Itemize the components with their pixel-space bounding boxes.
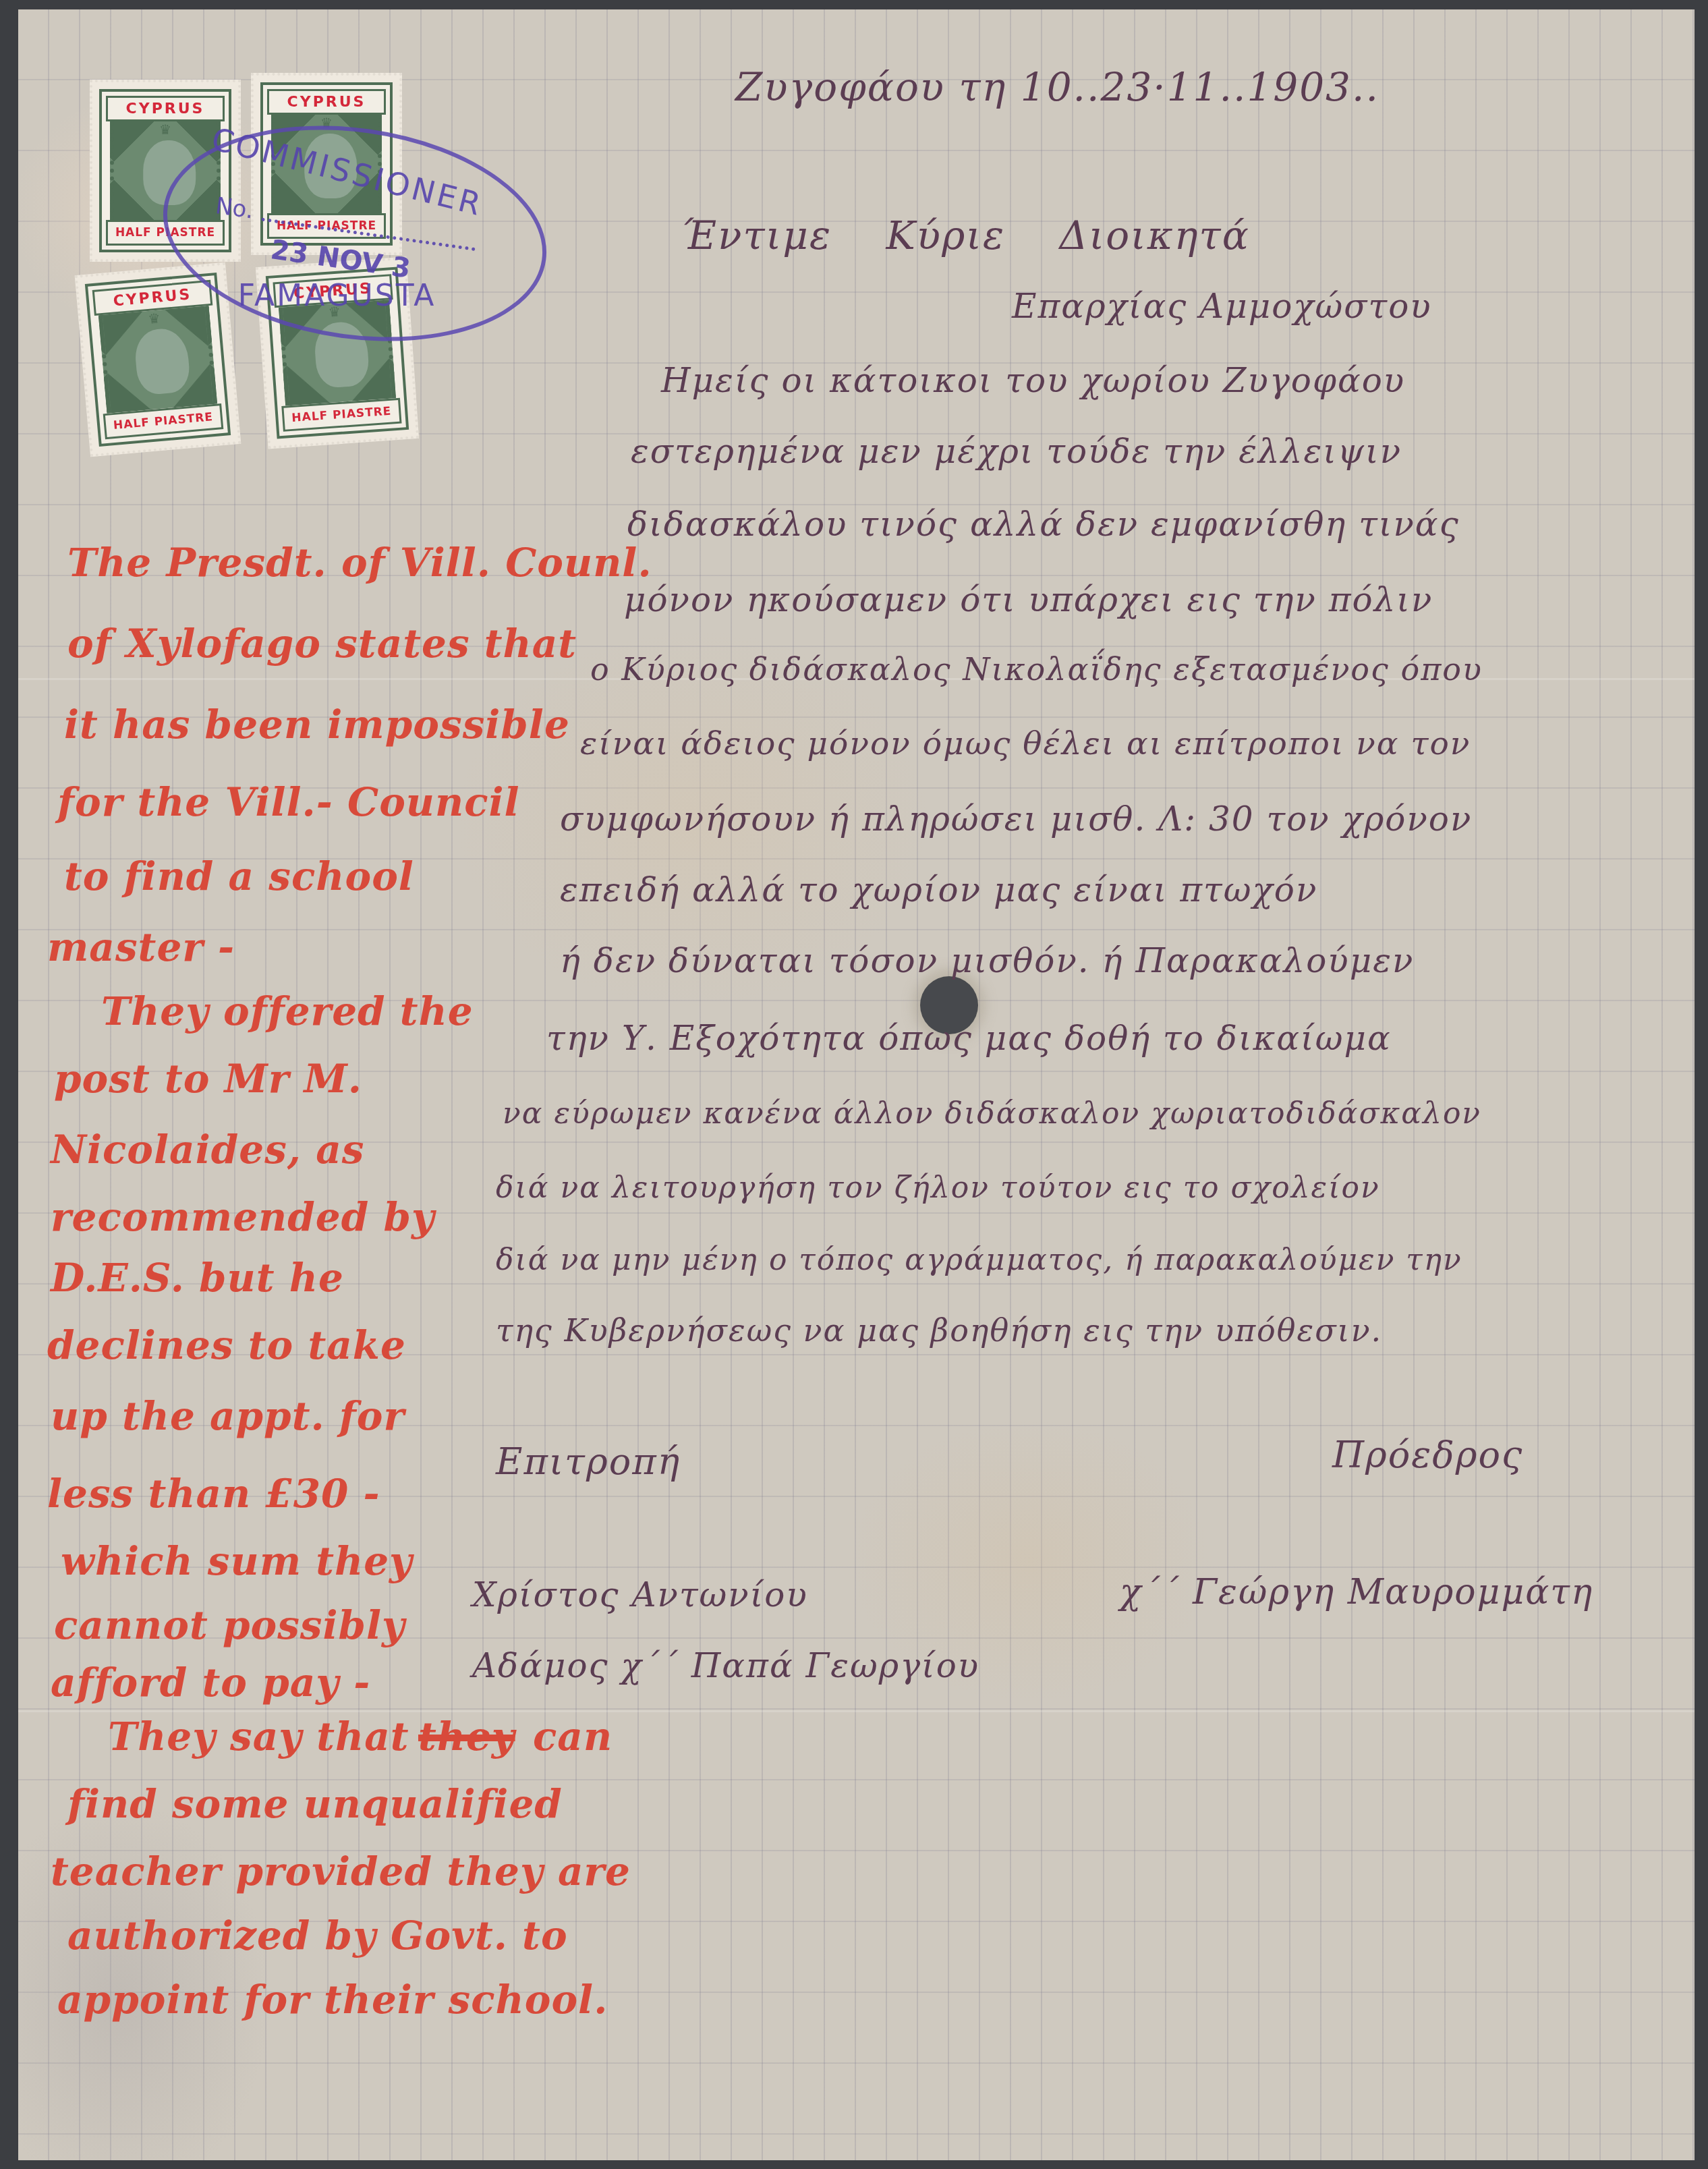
annotation-line: cannot possibly: [54, 1602, 405, 1648]
letter-salutation-line2: Επαρχίας Αμμοχώστου: [1012, 287, 1432, 326]
annotation-line: which sum they: [61, 1538, 413, 1584]
annotation-line: less than £30 -: [47, 1471, 380, 1517]
annotation-line: master -: [47, 924, 235, 970]
letter-body-line: διά να μην μένη ο τόπος αγράμματος, ή πα…: [496, 1243, 1462, 1277]
letter-body-line: να εύρωμεν κανένα άλλον διδάσκαλον χωρια…: [503, 1096, 1481, 1131]
paper-fold-line: [18, 1710, 1695, 1712]
stamp-country: CYPRUS: [267, 89, 386, 115]
letter-body-line: εστερημένα μεν μέχρι τούδε την έλλειψιν: [631, 432, 1402, 471]
president-label: Πρόεδρος: [1332, 1434, 1523, 1476]
postmark-date: 23 NOV 3: [268, 234, 412, 285]
annotation-line: authorized by Govt. to: [67, 1913, 568, 1959]
annotation-line: They offered the: [101, 988, 474, 1034]
annotation-line: of Xylofago states that: [67, 621, 577, 667]
annotation-line: can: [533, 1714, 613, 1759]
annotation-line: The Presdt. of Vill. Counl.: [67, 540, 652, 586]
letter-body-line: μόνον ηκούσαμεν ότι υπάρχει εις την πόλι…: [624, 580, 1433, 619]
stamp-country: CYPRUS: [106, 96, 225, 121]
committee-member-signature: Χρίστος Αντωνίου: [472, 1575, 808, 1614]
letter-body-line: συμφωνήσουν ή πληρώσει μισθ. Λ: 30 τον χ…: [560, 799, 1472, 839]
annotation-line: it has been impossible: [64, 702, 570, 748]
annotation-line: afford to pay -: [51, 1660, 370, 1706]
annotation-line: to find a school: [64, 853, 414, 899]
annotation-struck-word: they: [418, 1714, 515, 1759]
letter-body-line: της Κυβερνήσεως να μας βοηθήση εις την υ…: [496, 1312, 1382, 1349]
letter-body-line: είναι άδειος μόνον όμως θέλει αι επίτροπ…: [580, 725, 1471, 762]
crown-icon: ♛: [148, 311, 161, 325]
annotation-line: appoint for their school.: [57, 1977, 608, 2023]
annotation-line: They say that: [108, 1714, 409, 1759]
committee-member-signature: Αδάμος χ΄΄ Παπά Γεωργίου: [472, 1646, 979, 1685]
letter-salutation: Έντιμε Κύριε Διοικητά: [681, 213, 1250, 258]
annotation-line: for the Vill.- Council: [57, 779, 520, 825]
annotation-line: post to Mr M.: [54, 1056, 362, 1102]
annotation-line: up the appt. for: [51, 1393, 405, 1439]
president-signature: χ΄΄ Γεώργη Μαυρομμάτη: [1120, 1572, 1593, 1612]
letter-body-line: ο Κύριος διδάσκαλος Νικολαΐδης εξετασμέν…: [590, 651, 1483, 687]
letter-body-line: διά να λειτουργήση τον ζήλον τούτον εις …: [496, 1171, 1380, 1205]
annotation-line: recommended by: [51, 1194, 435, 1240]
postmark-town: FAMAGUSTA: [238, 279, 436, 313]
annotation-line: teacher provided they are: [51, 1849, 631, 1894]
annotation-line: declines to take: [47, 1322, 406, 1368]
annotation-line: D.E.S. but he: [51, 1255, 344, 1301]
letter-dateline: Ζυγοφάου τη 10..23·11..1903..: [735, 64, 1379, 110]
letter-body-line: Ημείς οι κάτοικοι του χωρίου Ζυγοφάου: [661, 361, 1405, 400]
letter-body-line: ή δεν δύναται τόσον μισθόν. ή Παρακαλούμ…: [560, 941, 1414, 980]
postmark-number-label: No.: [214, 192, 255, 224]
letter-body-line: διδασκάλου τινός αλλά δεν εμφανίσθη τινά…: [627, 505, 1460, 544]
letter-body-line: την Υ. Εξοχότητα όπως μας δοθή το δικαίω…: [546, 1019, 1392, 1058]
annotation-line: Nicolaides, as: [51, 1127, 364, 1173]
annotation-line: find some unqualified: [67, 1781, 563, 1827]
committee-label: Επιτροπή: [496, 1440, 681, 1483]
letter-body-line: επειδή αλλά το χωρίον μας είναι πτωχόν: [560, 870, 1317, 909]
crown-icon: ♛: [159, 123, 171, 136]
